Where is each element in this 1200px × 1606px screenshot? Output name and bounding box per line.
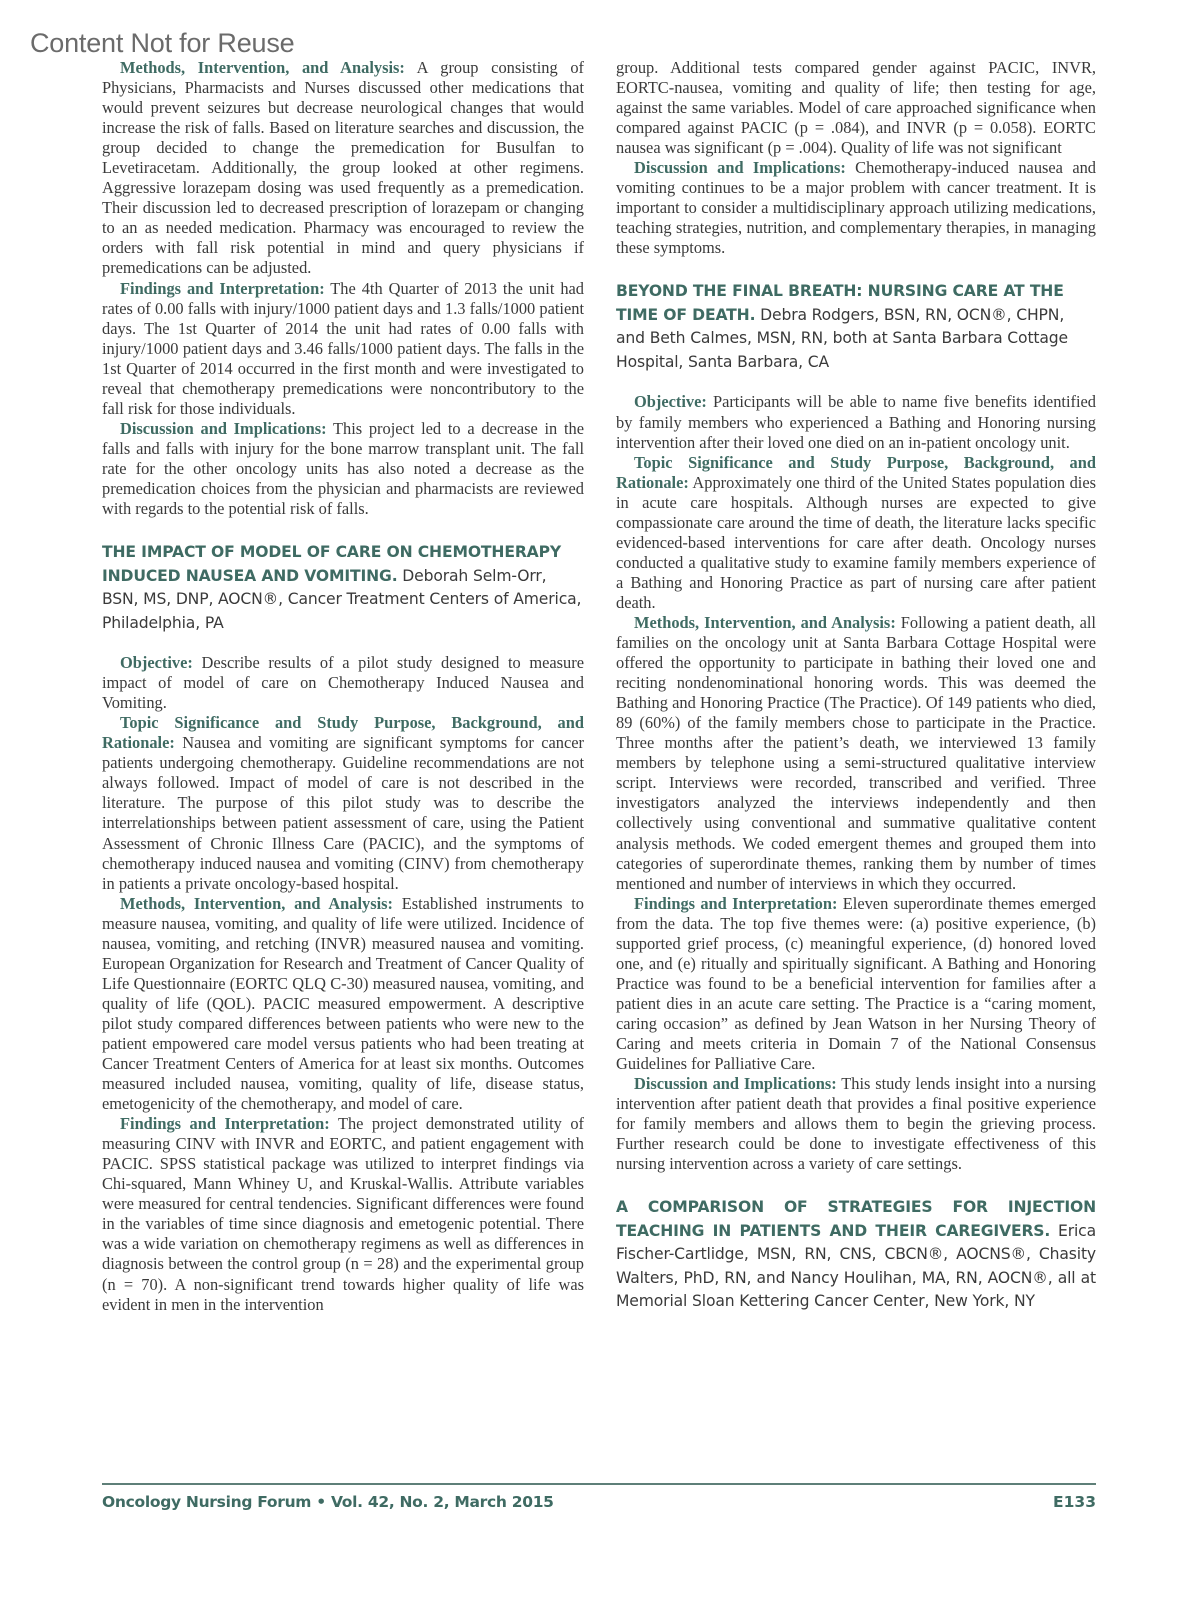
watermark: Content Not for Reuse <box>30 30 294 57</box>
spacer <box>616 1174 1096 1196</box>
section-label: Discussion and Implications: <box>634 158 846 177</box>
paragraph-text: Eleven superordinate themes emerged from… <box>616 894 1096 1073</box>
paragraph-text: Following a patient death, all families … <box>616 613 1096 893</box>
section-label: Discussion and Implications: <box>120 419 327 438</box>
spacer <box>102 519 584 541</box>
death-topic-paragraph: Topic Significance and Study Purpose, Ba… <box>616 453 1096 613</box>
section-label: Discussion and Implications: <box>634 1074 837 1093</box>
death-methods-paragraph: Methods, Intervention, and Analysis: Fol… <box>616 613 1096 894</box>
page-number: E133 <box>1053 1493 1096 1511</box>
section-label: Methods, Intervention, and Analysis: <box>634 613 896 632</box>
spacer <box>102 635 584 653</box>
cinv-objective-paragraph: Objective: Describe results of a pilot s… <box>102 653 584 713</box>
death-article-heading: BEYOND THE FINAL BREATH: NURSING CARE AT… <box>616 280 1096 374</box>
death-discussion-paragraph: Discussion and Implications: This study … <box>616 1074 1096 1174</box>
cinv-continued-paragraph: group. Additional tests compared gender … <box>616 58 1096 158</box>
section-label: Methods, Intervention, and Analysis: <box>120 58 405 77</box>
section-label: Findings and Interpretation: <box>120 279 325 298</box>
falls-discussion-paragraph: Discussion and Implications: This projec… <box>102 419 584 519</box>
paragraph-text: A group consisting of Physicians, Pharma… <box>102 58 584 277</box>
paragraph-text: The project demonstrated utility of meas… <box>102 1114 584 1313</box>
section-label: Objective: <box>120 653 193 672</box>
falls-methods-paragraph: Methods, Intervention, and Analysis: A g… <box>102 58 584 279</box>
spacer <box>616 374 1096 392</box>
death-findings-paragraph: Findings and Interpretation: Eleven supe… <box>616 894 1096 1074</box>
cinv-findings-paragraph: Findings and Interpretation: The project… <box>102 1114 584 1314</box>
paragraph-text: Nausea and vomiting are significant symp… <box>102 733 584 892</box>
cinv-methods-paragraph: Methods, Intervention, and Analysis: Est… <box>102 894 584 1115</box>
death-objective-paragraph: Objective: Participants will be able to … <box>616 392 1096 452</box>
footer-divider <box>102 1483 1096 1485</box>
left-column: Methods, Intervention, and Analysis: A g… <box>102 58 584 1315</box>
injection-article-heading: A COMPARISON OF STRATEGIES FOR INJECTION… <box>616 1196 1096 1314</box>
cinv-article-heading: THE IMPACT OF MODEL OF CARE ON CHEMOTHER… <box>102 541 584 635</box>
article-title: A COMPARISON OF STRATEGIES FOR INJECTION… <box>616 1198 1096 1240</box>
right-column: group. Additional tests compared gender … <box>616 58 1096 1314</box>
paragraph-text: group. Additional tests compared gender … <box>616 58 1096 157</box>
paragraph-text: Approximately one third of the United St… <box>616 473 1096 612</box>
cinv-discussion-paragraph: Discussion and Implications: Chemotherap… <box>616 158 1096 258</box>
journal-citation: Oncology Nursing Forum • Vol. 42, No. 2,… <box>102 1493 554 1511</box>
cinv-topic-paragraph: Topic Significance and Study Purpose, Ba… <box>102 713 584 893</box>
paragraph-text: Established instruments to measure nause… <box>102 894 584 1113</box>
paragraph-text: The 4th Quarter of 2013 the unit had rat… <box>102 279 584 418</box>
section-label: Findings and Interpretation: <box>634 894 837 913</box>
section-label: Findings and Interpretation: <box>120 1114 330 1133</box>
falls-findings-paragraph: Findings and Interpretation: The 4th Qua… <box>102 279 584 419</box>
spacer <box>616 258 1096 280</box>
section-label: Objective: <box>634 392 707 411</box>
section-label: Methods, Intervention, and Analysis: <box>120 894 393 913</box>
